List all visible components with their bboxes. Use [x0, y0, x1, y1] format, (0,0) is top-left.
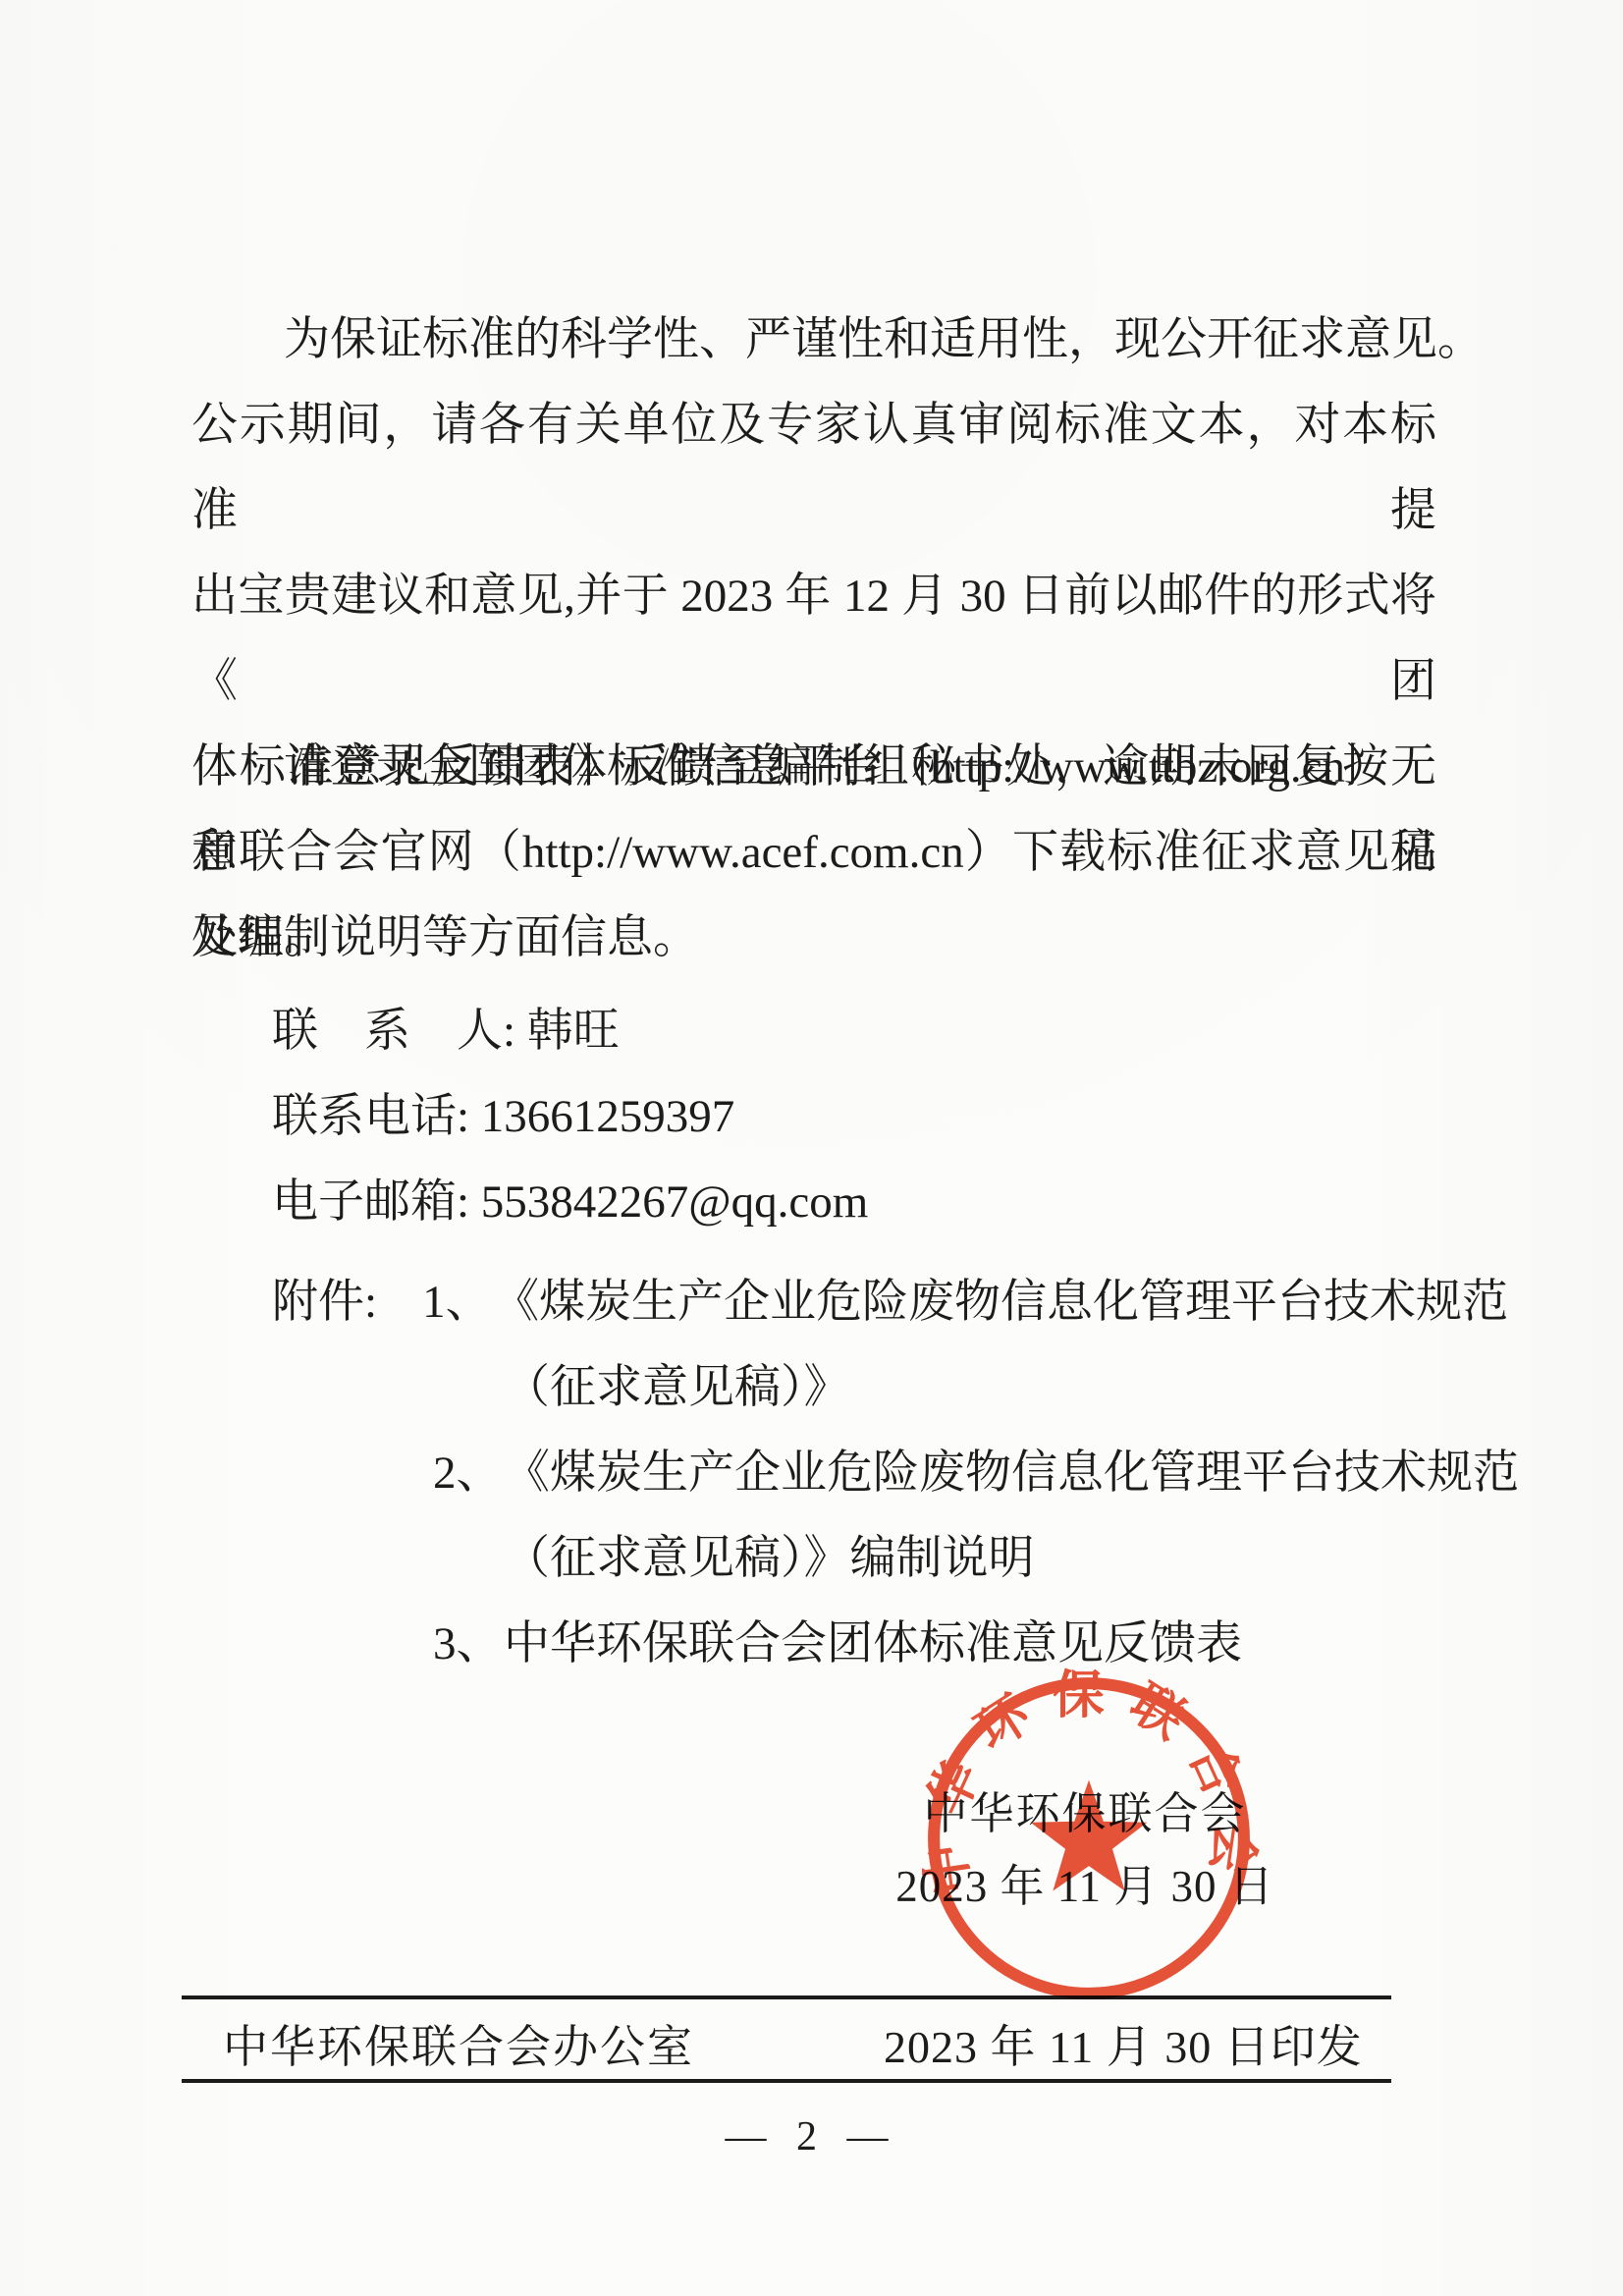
contact-phone-line: 联系电话: 13661259397 [272, 1074, 868, 1160]
attachment-item-number: 3、 [433, 1602, 504, 1687]
attachment-row: 附件:1、《煤炭生产企业危险废物信息化管理平台技术规范 [272, 1260, 1450, 1345]
attachment-row: （征求意见稿）》编制说明 [272, 1516, 1450, 1602]
attachment-item-text: 中华环保联合会团体标准意见反馈表 [504, 1618, 1242, 1669]
attachment-row: 3、中华环保联合会团体标准意见反馈表 [272, 1602, 1450, 1687]
body-line: 为保证标准的科学性、严谨性和适用性，现公开征求意见。 [191, 298, 1436, 383]
footer-office: 中华环保联合会办公室 [223, 2011, 694, 2076]
attachments-label: 附件: [272, 1260, 377, 1345]
body-line: 出宝贵建议和意见,并于 2023 年 12 月 30 日前以邮件的形式将《团 [191, 554, 1436, 725]
footer-issue-date: 2023 年 11 月 30 日印发 [884, 2011, 1363, 2076]
contact-email-line: 电子邮箱: 553842267@qq.com [272, 1160, 868, 1245]
seal-star-icon [1031, 1780, 1148, 1891]
attachments-block: 附件:1、《煤炭生产企业危险废物信息化管理平台技术规范 （征求意见稿）》 2、《… [272, 1260, 1450, 1687]
attachment-item-text: （征求意见稿）》 [504, 1362, 850, 1413]
attachment-item-number: 2、 [433, 1431, 504, 1516]
attachment-item-text: 《煤炭生产企业危险废物信息化管理平台技术规范 [504, 1448, 1519, 1499]
body-line: 及编制说明等方面信息。 [191, 896, 1436, 981]
attachment-row: （征求意见稿）》 [272, 1345, 1450, 1431]
body-line: 和联合会官网（http://www.acef.com.cn）下载标准征求意见稿 [191, 810, 1436, 896]
attachment-item-number: 1、 [422, 1260, 493, 1345]
contact-block: 联 系 人: 韩旺 联系电话: 13661259397 电子邮箱: 553842… [272, 989, 868, 1245]
footer-rule-bottom [182, 2079, 1391, 2083]
attachment-item-text: 《煤炭生产企业危险废物信息化管理平台技术规范 [493, 1277, 1508, 1328]
contact-person-line: 联 系 人: 韩旺 [272, 989, 868, 1074]
official-seal: 中华环保联合会 [916, 1666, 1262, 2011]
body-line: 公示期间，请各有关单位及专家认真审阅标准文本，对本标准提 [191, 383, 1436, 554]
document-page: 为保证标准的科学性、严谨性和适用性，现公开征求意见。 公示期间，请各有关单位及专… [0, 0, 1623, 2296]
body-paragraph-2: 请登录全国团体标准信息平台（http://www.ttbz.org.cn） 和联… [191, 725, 1436, 981]
attachment-row: 2、《煤炭生产企业危险废物信息化管理平台技术规范 [272, 1431, 1450, 1516]
page-number: — 2 — [0, 2113, 1623, 2160]
attachment-item-text: （征求意见稿）》编制说明 [504, 1533, 1035, 1584]
body-line: 请登录全国团体标准信息平台（http://www.ttbz.org.cn） [191, 725, 1436, 810]
